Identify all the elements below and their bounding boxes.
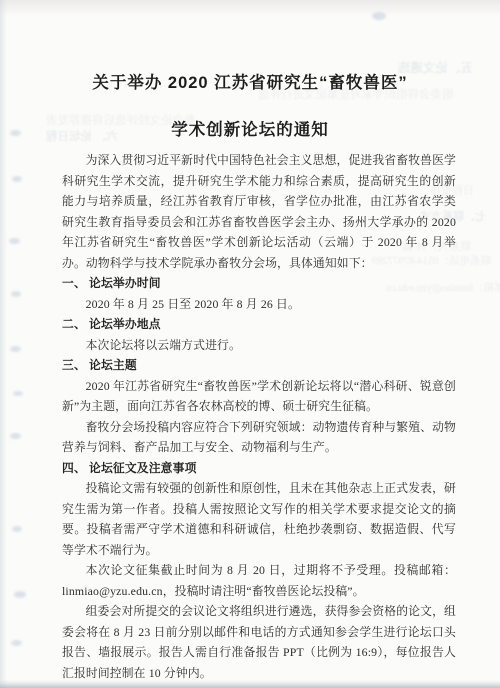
notice-title-line-2: 学术创新论坛的通知 <box>0 120 500 140</box>
scan-smudge <box>13 391 23 396</box>
scan-smudge <box>12 526 22 532</box>
section-heading: 二、 论坛举办地点 <box>62 314 456 335</box>
body-paragraph: 本次论文征集截止时间为 8 月 20 日，过期将不予受理。投稿邮箱：linmia… <box>62 560 456 601</box>
section-heading: 三、 论坛主题 <box>62 355 456 376</box>
scan-smudge <box>12 176 22 182</box>
section-heading: 一、 论坛举办时间 <box>62 273 456 294</box>
section-heading: 四、 论坛征文及注意事项 <box>62 458 456 479</box>
title-gap <box>0 93 500 120</box>
scan-smudge <box>10 346 21 352</box>
notice-title-line-1: 关于举办 2020 江苏省研究生“畜牧兽医” <box>0 73 500 93</box>
scan-smudge <box>14 591 26 598</box>
notice-title: 关于举办 2020 江苏省研究生“畜牧兽医” 学术创新论坛的通知 <box>0 0 500 140</box>
body-paragraph: 2020 年江苏省研究生“畜牧兽医”学术创新论坛将以“潜心科研、锐意创新”为主题… <box>62 376 456 417</box>
body-paragraph: 2020 年 8 月 25 日至 2020 年 8 月 26 日。 <box>62 294 456 315</box>
scan-smudge <box>9 238 20 244</box>
body-paragraph: 为深入贯彻习近平新时代中国特色社会主义思想，促进我省畜牧兽医学科研究生学术交流，… <box>62 150 456 273</box>
scanned-notice-page: 五、论文遴选组委会将组织专家对征集论文进行评选参会论文经评选后将推荐发表六、 论… <box>0 0 500 688</box>
scan-smudge <box>10 433 21 439</box>
notice-body: 为深入贯彻习近平新时代中国特色社会主义思想，促进我省畜牧兽医学科研究生学术交流，… <box>62 150 456 683</box>
body-paragraph: 本次论坛将以云端方式进行。 <box>62 335 456 356</box>
body-paragraph: 组委会对所提交的会议论文将组织进行遴选，获得参会资格的论文，组委会将在 8 月 … <box>62 601 456 683</box>
scan-smudge <box>11 291 21 297</box>
body-paragraph: 投稿论文需有较强的创新性和原创性，且未在其他杂志上正式发表，研究生需为第一作者。… <box>62 478 456 560</box>
body-paragraph: 畜牧分会场投稿内容应符合下列研究领域：动物遗传育种与繁殖、动物营养与饲料、畜产品… <box>62 417 456 458</box>
scan-smudge <box>11 640 22 646</box>
